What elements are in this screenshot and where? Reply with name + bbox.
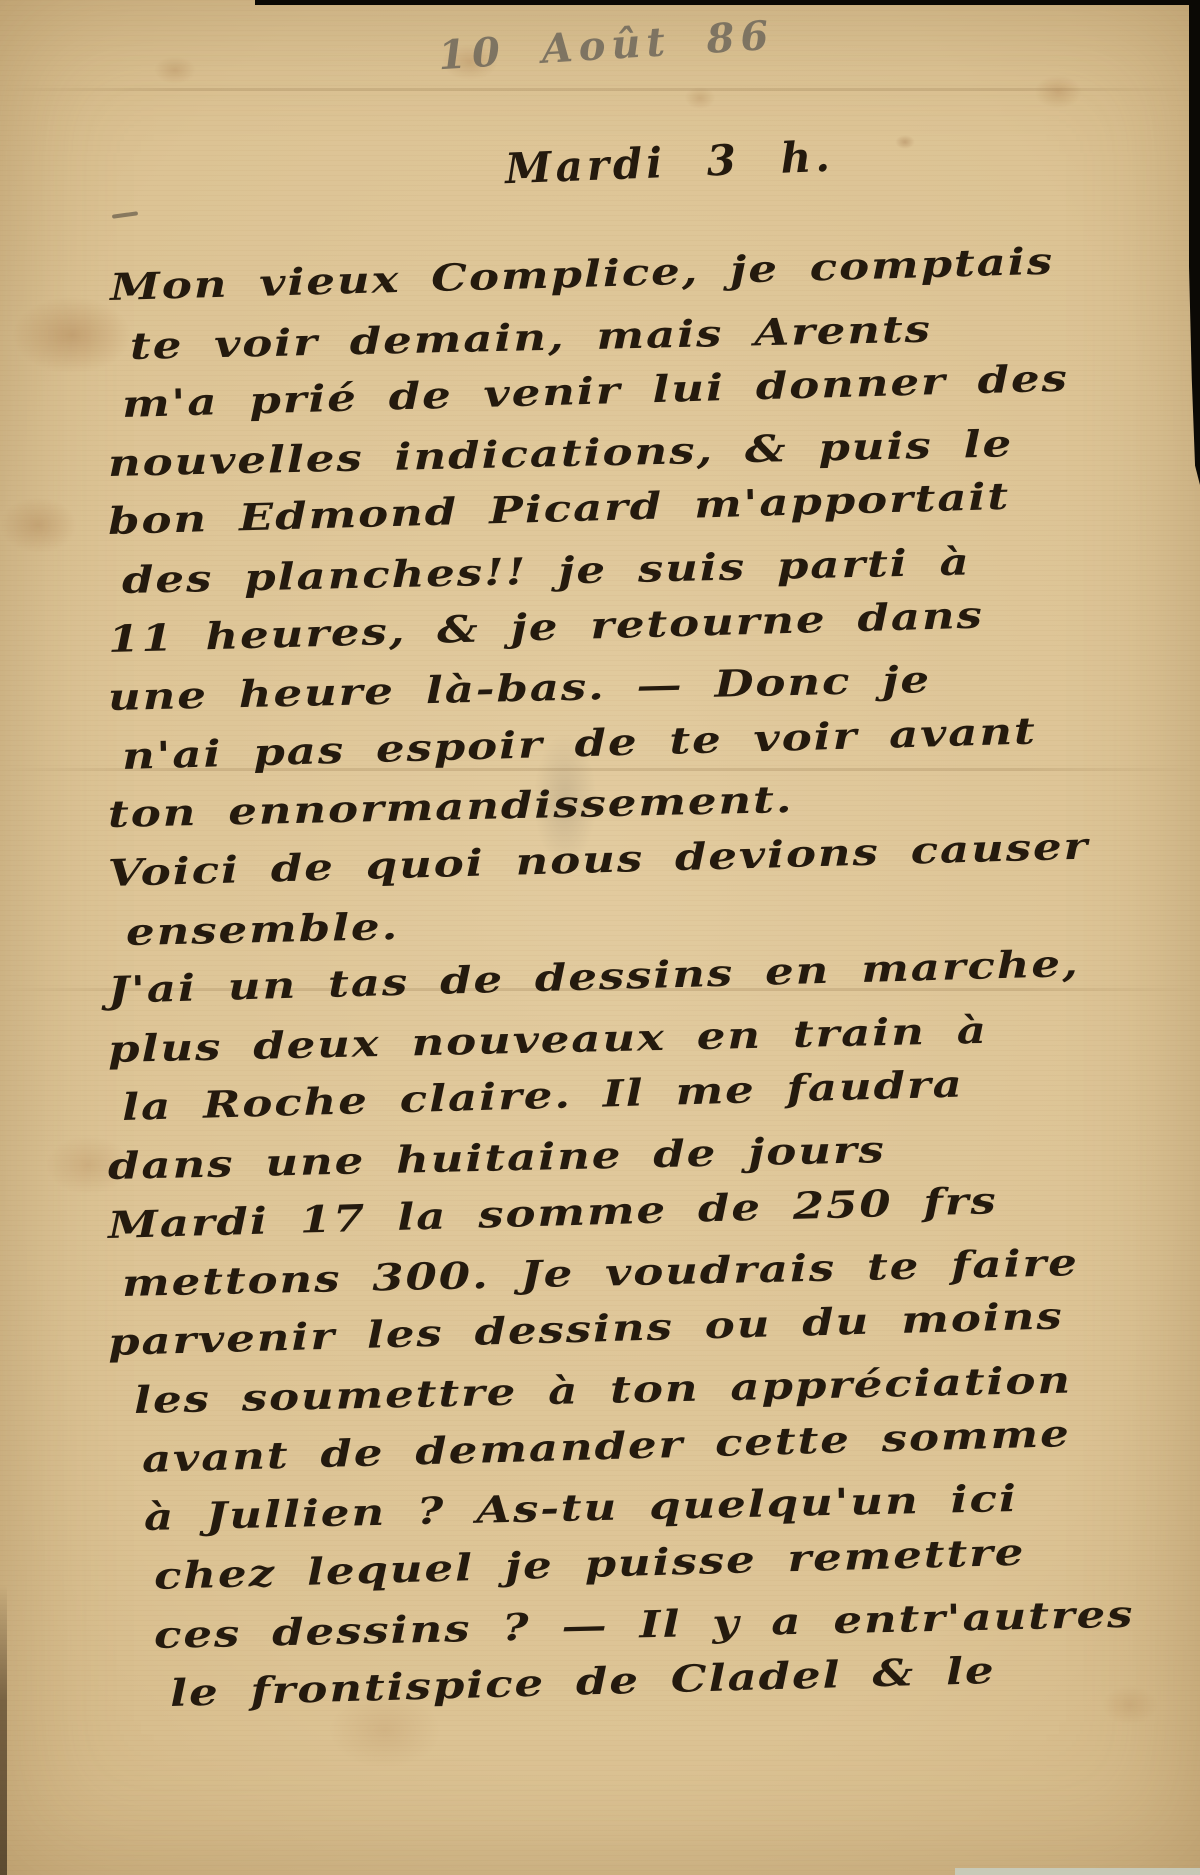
- scan-edge-bottom-right: [955, 1868, 1200, 1875]
- paper-crease-line: [0, 88, 1200, 91]
- paper-tear-bottom-left: [0, 1585, 7, 1875]
- pencil-date-annotation: 10 Août 86: [437, 12, 776, 79]
- letter-scan-page: 10 Août 86 Mardi 3 h. Mon vieux Complice…: [0, 0, 1200, 1875]
- pencil-dash-mark: [112, 211, 138, 219]
- letter-heading-date: Mardi 3 h.: [504, 132, 834, 194]
- letter-body: Mon vieux Complice, je comptais te voir …: [108, 258, 1168, 1723]
- scan-edge-top: [255, 0, 1200, 5]
